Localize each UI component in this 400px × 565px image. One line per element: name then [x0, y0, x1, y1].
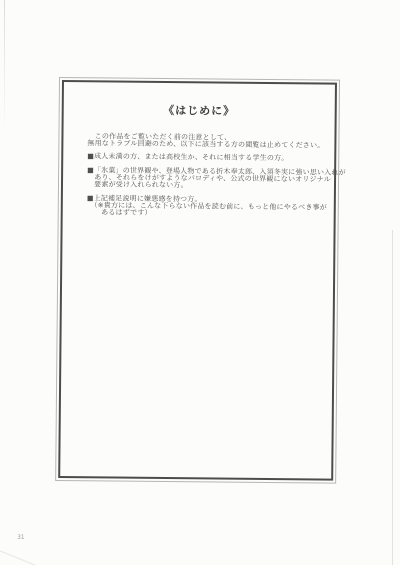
notice-item-hyouka-fans: ■「氷菓」の世界観や、登場人物である折木奉太郎、入須冬実に強い思い入れが あり、… [87, 167, 318, 191]
notice-item-minors: ■成人未満の方、または高校生か、それに相当する学生の方。 [87, 153, 318, 163]
intro-line: 無用なトラブル回避のため、以下に該当する方の閲覧は止めてください。 [87, 141, 318, 151]
page-number-mark: 31 [17, 534, 24, 541]
scan-streak-bottom-left [0, 548, 39, 565]
notice-line: 要素が受け入れられない方。 [87, 182, 318, 192]
notice-intro: この作品をご覧いただく前の注意として、 無用なトラブル回避のため、以下に該当する… [87, 133, 318, 150]
page-edge-shadow-left [4, 0, 5, 135]
scanned-page: 31 《はじめに》 この作品をご覧いただく前の注意として、 無用なトラブル回避の… [0, 0, 400, 565]
notice-body: この作品をご覧いただく前の注意として、 無用なトラブル回避のため、以下に該当する… [87, 133, 319, 219]
notice-title: 《はじめに》 [64, 101, 335, 120]
notice-frame: 《はじめに》 この作品をご覧いただく前の注意として、 無用なトラブル回避のため、… [58, 80, 337, 481]
page-edge-shadow-right [392, 230, 393, 565]
notice-item-disgust: ■上記補足説明に嫌悪感を持つ方。 （※貴方には、こんな下らない作品を読む前に、も… [87, 195, 318, 219]
notice-line: ■成人未満の方、または高校生か、それに相当する学生の方。 [87, 153, 318, 163]
